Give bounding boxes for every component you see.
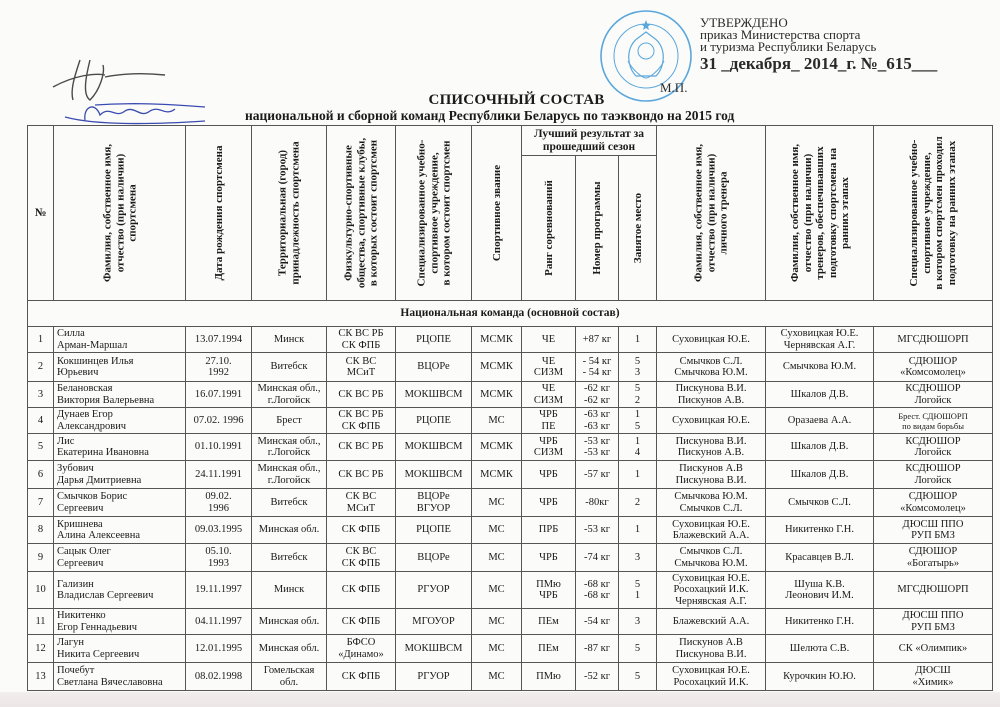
section-national-team-main: Национальная команда (основной состав) bbox=[27, 300, 993, 327]
table-row-2-early-school: СДЮШОР «Комсомолец» bbox=[873, 352, 993, 382]
table-row-3-num: 3 bbox=[27, 381, 54, 408]
table-row-9-early-coaches: Красавцев В.Л. bbox=[765, 543, 874, 572]
table-row-4-territory: Брест bbox=[251, 407, 327, 434]
table-row-3-birth: 16.07.1991 bbox=[185, 381, 252, 408]
table-row-1-clubs: СК ВС РБ СК ФПБ bbox=[326, 326, 396, 353]
table-row-3-school: МОКШВСМ bbox=[395, 381, 472, 408]
table-row-7-place: 2 bbox=[618, 488, 657, 517]
table-row-4-early-school: Брест. СДЮШОРП по видам борьбы bbox=[873, 407, 993, 434]
table-row-6-territory: Минская обл., г.Логойск bbox=[251, 460, 327, 489]
table-row-4-rank: МС bbox=[471, 407, 522, 434]
header-program-label: Номер программы bbox=[591, 159, 604, 298]
table-row-9-num: 9 bbox=[27, 543, 54, 572]
table-row-9-program: -74 кг bbox=[575, 543, 619, 572]
table-row-6-place: 1 bbox=[618, 460, 657, 489]
table-row-10-clubs: СК ФПБ bbox=[326, 571, 396, 609]
table-row-9-school: ВЦОРе bbox=[395, 543, 472, 572]
table-row-9-territory: Витебск bbox=[251, 543, 327, 572]
table-row-10-coach: Суховицкая Ю.Е. Росохацкий И.К. Чернявск… bbox=[656, 571, 766, 609]
table-row-10-early-coaches: Шуша К.В. Леонович И.М. bbox=[765, 571, 874, 609]
table-row-3-program: -62 кг -62 кг bbox=[575, 381, 619, 408]
table-row-8-early-school: ДЮСШ ППО РУП БМЗ bbox=[873, 516, 993, 544]
header-coach-label: Фамилия, собственное имя, отчество (при … bbox=[692, 129, 730, 298]
header-rank: Спортивное звание bbox=[471, 125, 522, 301]
table-row-8-num: 8 bbox=[27, 516, 54, 544]
table-row-3-territory: Минская обл., г.Логойск bbox=[251, 381, 327, 408]
table-row-13-program: -52 кг bbox=[575, 662, 619, 691]
table-row-13-clubs: СК ФПБ bbox=[326, 662, 396, 691]
table-row-4-clubs: СК ВС РБ СК ФПБ bbox=[326, 407, 396, 434]
table-row-10-comp-rank: ПМю ЧРБ bbox=[521, 571, 576, 609]
table-row-7-early-coaches: Смычков С.Л. bbox=[765, 488, 874, 517]
table-row-5-clubs: СК ВС РБ bbox=[326, 433, 396, 461]
header-early-coaches: Фамилия, собственное имя, отчество (при … bbox=[765, 125, 874, 301]
table-row-3-rank: МСМК bbox=[471, 381, 522, 408]
header-school: Специализированное учебно- спортивное уч… bbox=[395, 125, 472, 301]
table-row-5-name: Лис Екатерина Ивановна bbox=[53, 433, 186, 461]
table-row-6-rank: МСМК bbox=[471, 460, 522, 489]
table-row-9-birth: 05.10. 1993 bbox=[185, 543, 252, 572]
header-early-coaches-label: Фамилия, собственное имя, отчество (при … bbox=[788, 129, 851, 298]
header-place-label: Занятое место bbox=[631, 159, 644, 298]
table-row-3-comp-rank: ЧЕ СИЗМ bbox=[521, 381, 576, 408]
header-name: Фамилия, собственное имя, отчество (при … bbox=[53, 125, 186, 301]
table-row-2-birth: 27.10. 1992 bbox=[185, 352, 252, 382]
header-school-label: Специализированное учебно- спортивное уч… bbox=[415, 129, 453, 298]
table-row-11-place: 3 bbox=[618, 608, 657, 635]
table-row-2-comp-rank: ЧЕ СИЗМ bbox=[521, 352, 576, 382]
table-row-13-coach: Суховицкая Ю.Е. Росохацкий И.К. bbox=[656, 662, 766, 691]
header-birth-label: Дата рождения спортсмена bbox=[212, 129, 225, 298]
table-row-11-coach: Блажевский А.А. bbox=[656, 608, 766, 635]
table-row-1-early-coaches: Суховицкая Ю.Е. Чернявская А.Г. bbox=[765, 326, 874, 353]
table-row-8-territory: Минская обл. bbox=[251, 516, 327, 544]
table-row-11-name: Никитенко Егор Геннадьевич bbox=[53, 608, 186, 635]
table-row-2-place: 5 3 bbox=[618, 352, 657, 382]
table-row-5-school: МОКШВСМ bbox=[395, 433, 472, 461]
table-row-8-comp-rank: ПРБ bbox=[521, 516, 576, 544]
table-row-12-program: -87 кг bbox=[575, 634, 619, 663]
table-row-1-birth: 13.07.1994 bbox=[185, 326, 252, 353]
table-row-4-comp-rank: ЧРБ ПЕ bbox=[521, 407, 576, 434]
table-row-11-early-coaches: Никитенко Г.Н. bbox=[765, 608, 874, 635]
table-row-6-num: 6 bbox=[27, 460, 54, 489]
table-row-2-early-coaches: Смычкова Ю.М. bbox=[765, 352, 874, 382]
table-row-8-clubs: СК ФПБ bbox=[326, 516, 396, 544]
table-row-10-early-school: МГСДЮШОРП bbox=[873, 571, 993, 609]
header-best-result-group: Лучший результат за прошедший сезон bbox=[521, 125, 657, 156]
table-row-6-program: -57 кг bbox=[575, 460, 619, 489]
table-row-8-place: 1 bbox=[618, 516, 657, 544]
table-row-7-num: 7 bbox=[27, 488, 54, 517]
table-row-12-place: 5 bbox=[618, 634, 657, 663]
table-row-13-school: РГУОР bbox=[395, 662, 472, 691]
table-row-1-num: 1 bbox=[27, 326, 54, 353]
table-row-5-early-coaches: Шкалов Д.В. bbox=[765, 433, 874, 461]
table-row-7-territory: Витебск bbox=[251, 488, 327, 517]
table-row-1-program: +87 кг bbox=[575, 326, 619, 353]
table-row-8-coach: Суховицкая Ю.Е. Блажевский А.А. bbox=[656, 516, 766, 544]
table-row-7-rank: МС bbox=[471, 488, 522, 517]
table-row-8-rank: МС bbox=[471, 516, 522, 544]
table-row-11-territory: Минская обл. bbox=[251, 608, 327, 635]
table-row-4-school: РЦОПЕ bbox=[395, 407, 472, 434]
page-edge bbox=[0, 692, 1000, 707]
header-rank-label: Спортивное звание bbox=[490, 129, 503, 298]
table-row-2-territory: Витебск bbox=[251, 352, 327, 382]
header-name-label: Фамилия, собственное имя, отчество (при … bbox=[101, 129, 139, 298]
table-row-2-rank: МСМК bbox=[471, 352, 522, 382]
table-row-5-comp-rank: ЧРБ СИЗМ bbox=[521, 433, 576, 461]
table-row-3-place: 5 2 bbox=[618, 381, 657, 408]
table-row-13-early-school: ДЮСШ «Химик» bbox=[873, 662, 993, 691]
header-clubs-label: Физкультурно-спортивные общества, спорти… bbox=[342, 129, 380, 298]
table-row-11-early-school: ДЮСШ ППО РУП БМЗ bbox=[873, 608, 993, 635]
table-row-12-birth: 12.01.1995 bbox=[185, 634, 252, 663]
header-num: № bbox=[27, 125, 54, 301]
table-row-10-place: 5 1 bbox=[618, 571, 657, 609]
table-row-10-birth: 19.11.1997 bbox=[185, 571, 252, 609]
table-row-10-rank: МС bbox=[471, 571, 522, 609]
table-row-13-rank: МС bbox=[471, 662, 522, 691]
table-row-2-num: 2 bbox=[27, 352, 54, 382]
table-row-6-school: МОКШВСМ bbox=[395, 460, 472, 489]
table-row-11-num: 11 bbox=[27, 608, 54, 635]
header-comp-rank-label: Ранг соревнований bbox=[542, 159, 555, 298]
table-row-1-comp-rank: ЧЕ bbox=[521, 326, 576, 353]
header-program: Номер программы bbox=[575, 155, 619, 301]
table-row-2-program: - 54 кг - 54 кг bbox=[575, 352, 619, 382]
table-row-6-birth: 24.11.1991 bbox=[185, 460, 252, 489]
table-row-9-comp-rank: ЧРБ bbox=[521, 543, 576, 572]
table-row-3-clubs: СК ВС РБ bbox=[326, 381, 396, 408]
table-row-7-clubs: СК ВС МСиТ bbox=[326, 488, 396, 517]
header-early-school-label: Специализированное учебно- спортивное уч… bbox=[908, 129, 958, 298]
header-territory-label: Территориальная (город) принадлежность с… bbox=[277, 129, 302, 298]
table-row-12-school: МОКШВСМ bbox=[395, 634, 472, 663]
table-row-9-early-school: СДЮШОР «Богатырь» bbox=[873, 543, 993, 572]
header-clubs: Физкультурно-спортивные общества, спорти… bbox=[326, 125, 396, 301]
table-row-8-early-coaches: Никитенко Г.Н. bbox=[765, 516, 874, 544]
table-row-6-comp-rank: ЧРБ bbox=[521, 460, 576, 489]
table-row-2-name: Кокшинцев Илья Юрьевич bbox=[53, 352, 186, 382]
table-row-3-name: Белановская Виктория Валерьевна bbox=[53, 381, 186, 408]
table-row-11-comp-rank: ПЕм bbox=[521, 608, 576, 635]
table-row-12-rank: МС bbox=[471, 634, 522, 663]
table-row-1-place: 1 bbox=[618, 326, 657, 353]
table-row-8-school: РЦОПЕ bbox=[395, 516, 472, 544]
table-row-8-program: -53 кг bbox=[575, 516, 619, 544]
table-row-13-birth: 08.02.1998 bbox=[185, 662, 252, 691]
table-row-4-num: 4 bbox=[27, 407, 54, 434]
table-row-3-coach: Пискунова В.И. Пискунов А.В. bbox=[656, 381, 766, 408]
header-place: Занятое место bbox=[618, 155, 657, 301]
table-row-2-clubs: СК ВС МСиТ bbox=[326, 352, 396, 382]
table-row-10-program: -68 кг -68 кг bbox=[575, 571, 619, 609]
header-early-school: Специализированное учебно- спортивное уч… bbox=[873, 125, 993, 301]
table-row-3-early-school: КСДЮШОР Логойск bbox=[873, 381, 993, 408]
table-row-9-coach: Смычков С.Л. Смычкова Ю.М. bbox=[656, 543, 766, 572]
table-row-10-territory: Минск bbox=[251, 571, 327, 609]
table-row-4-name: Дунаев Егор Александрович bbox=[53, 407, 186, 434]
roster-table: №Фамилия, собственное имя, отчество (при… bbox=[0, 0, 1000, 707]
table-row-1-early-school: МГСДЮШОРП bbox=[873, 326, 993, 353]
table-row-9-name: Сацык Олег Сергеевич bbox=[53, 543, 186, 572]
table-row-7-name: Смычков Борис Сергеевич bbox=[53, 488, 186, 517]
table-row-7-early-school: СДЮШОР «Комсомолец» bbox=[873, 488, 993, 517]
table-row-12-clubs: БФСО «Динамо» bbox=[326, 634, 396, 663]
table-row-1-school: РЦОПЕ bbox=[395, 326, 472, 353]
table-row-4-coach: Суховицкая Ю.Е. bbox=[656, 407, 766, 434]
table-row-2-coach: Смычков С.Л. Смычкова Ю.М. bbox=[656, 352, 766, 382]
table-row-11-rank: МС bbox=[471, 608, 522, 635]
table-row-5-territory: Минская обл., г.Логойск bbox=[251, 433, 327, 461]
table-row-10-num: 10 bbox=[27, 571, 54, 609]
table-row-5-num: 5 bbox=[27, 433, 54, 461]
table-row-4-program: -63 кг -63 кг bbox=[575, 407, 619, 434]
table-row-9-rank: МС bbox=[471, 543, 522, 572]
table-row-6-clubs: СК ВС РБ bbox=[326, 460, 396, 489]
table-row-9-place: 3 bbox=[618, 543, 657, 572]
table-row-11-clubs: СК ФПБ bbox=[326, 608, 396, 635]
table-row-7-school: ВЦОРе ВГУОР bbox=[395, 488, 472, 517]
table-row-12-num: 12 bbox=[27, 634, 54, 663]
table-row-13-early-coaches: Курочкин Ю.Ю. bbox=[765, 662, 874, 691]
table-row-4-birth: 07.02. 1996 bbox=[185, 407, 252, 434]
table-row-8-birth: 09.03.1995 bbox=[185, 516, 252, 544]
table-row-7-coach: Смычкова Ю.М. Смычков С.Л. bbox=[656, 488, 766, 517]
table-row-13-comp-rank: ПМю bbox=[521, 662, 576, 691]
table-row-5-program: -53 кг -53 кг bbox=[575, 433, 619, 461]
table-row-2-school: ВЦОРе bbox=[395, 352, 472, 382]
table-row-8-name: Кришнева Алина Алексеевна bbox=[53, 516, 186, 544]
table-row-13-name: Почебут Светлана Вячеславовна bbox=[53, 662, 186, 691]
table-row-1-territory: Минск bbox=[251, 326, 327, 353]
table-row-12-comp-rank: ПЕм bbox=[521, 634, 576, 663]
table-row-11-program: -54 кг bbox=[575, 608, 619, 635]
table-row-11-school: МГОУОР bbox=[395, 608, 472, 635]
table-row-6-early-coaches: Шкалов Д.В. bbox=[765, 460, 874, 489]
table-row-5-place: 1 4 bbox=[618, 433, 657, 461]
table-row-7-birth: 09.02. 1996 bbox=[185, 488, 252, 517]
table-row-5-rank: МСМК bbox=[471, 433, 522, 461]
table-row-6-name: Зубович Дарья Дмитриевна bbox=[53, 460, 186, 489]
table-row-7-program: -80кг bbox=[575, 488, 619, 517]
table-row-3-early-coaches: Шкалов Д.В. bbox=[765, 381, 874, 408]
table-row-4-early-coaches: Оразаева А.А. bbox=[765, 407, 874, 434]
table-row-13-place: 5 bbox=[618, 662, 657, 691]
table-row-5-early-school: КСДЮШОР Логойск bbox=[873, 433, 993, 461]
table-row-10-name: Гализин Владислав Сергеевич bbox=[53, 571, 186, 609]
table-row-10-school: РГУОР bbox=[395, 571, 472, 609]
header-birth: Дата рождения спортсмена bbox=[185, 125, 252, 301]
table-row-5-birth: 01.10.1991 bbox=[185, 433, 252, 461]
table-row-7-comp-rank: ЧРБ bbox=[521, 488, 576, 517]
header-comp-rank: Ранг соревнований bbox=[521, 155, 576, 301]
table-row-1-rank: МСМК bbox=[471, 326, 522, 353]
header-coach: Фамилия, собственное имя, отчество (при … bbox=[656, 125, 766, 301]
table-row-12-coach: Пискунов А.В Пискунова В.И. bbox=[656, 634, 766, 663]
table-row-12-early-coaches: Шелюта С.В. bbox=[765, 634, 874, 663]
table-row-11-birth: 04.11.1997 bbox=[185, 608, 252, 635]
table-row-13-num: 13 bbox=[27, 662, 54, 691]
table-row-12-territory: Минская обл. bbox=[251, 634, 327, 663]
table-row-12-early-school: СК «Олимпик» bbox=[873, 634, 993, 663]
table-row-4-place: 1 5 bbox=[618, 407, 657, 434]
table-row-1-name: Силла Арман-Маршал bbox=[53, 326, 186, 353]
table-row-9-clubs: СК ВС СК ФПБ bbox=[326, 543, 396, 572]
header-territory: Территориальная (город) принадлежность с… bbox=[251, 125, 327, 301]
table-row-5-coach: Пискунова В.И. Пискунов А.В. bbox=[656, 433, 766, 461]
table-row-12-name: Лагун Никита Сергеевич bbox=[53, 634, 186, 663]
table-row-6-early-school: КСДЮШОР Логойск bbox=[873, 460, 993, 489]
table-row-1-coach: Суховицкая Ю.Е. bbox=[656, 326, 766, 353]
table-row-6-coach: Пискунов А.В Пискунова В.И. bbox=[656, 460, 766, 489]
table-row-13-territory: Гомельская обл. bbox=[251, 662, 327, 691]
